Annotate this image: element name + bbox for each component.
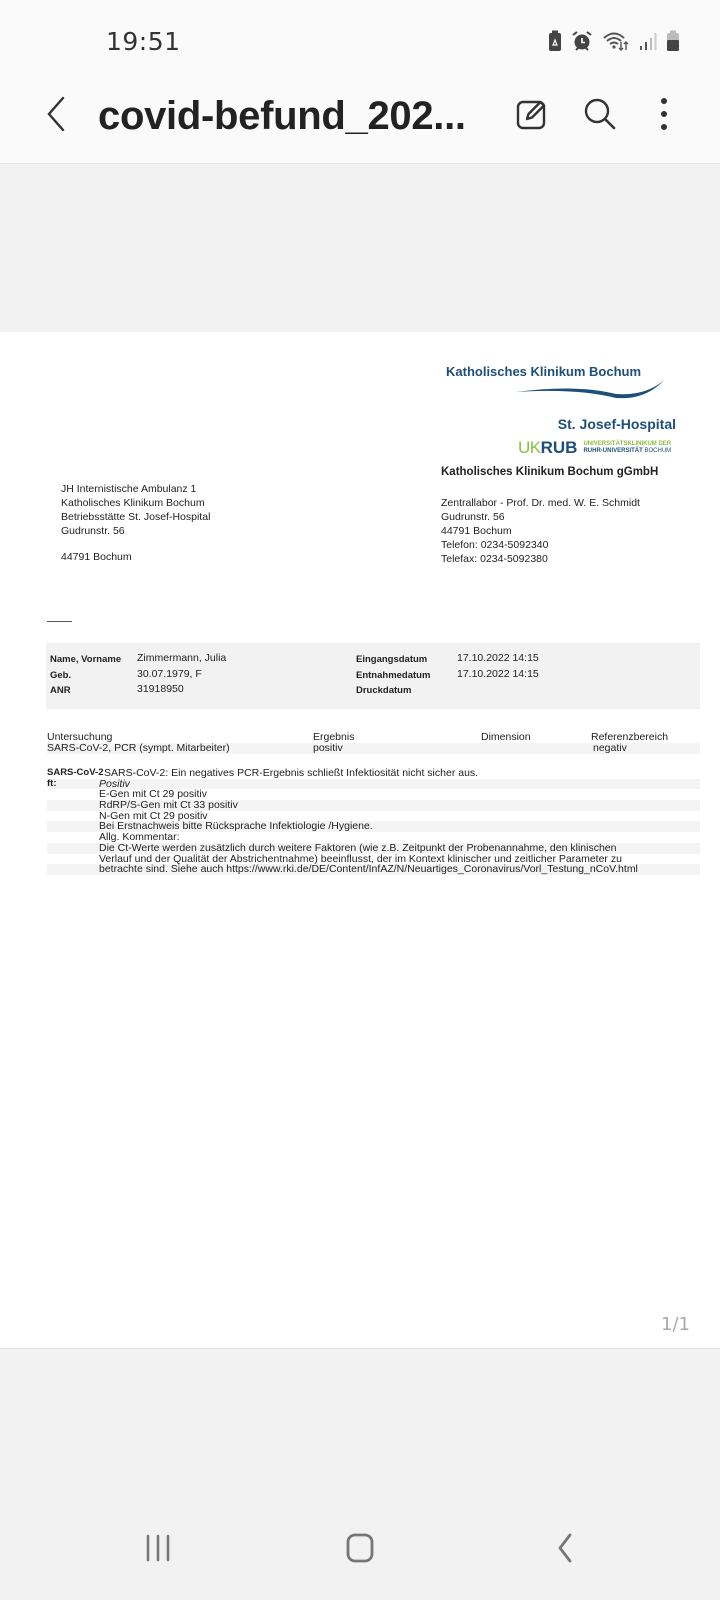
lab-company: Katholisches Klinikum Bochum gGmbH — [441, 465, 658, 479]
logo-ukrub: UK RUB UNIVERSITÄTSKLINIKUM DER RUHR-UNI… — [518, 438, 671, 458]
lab-address: Katholisches Klinikum Bochum gGmbH Zentr… — [441, 465, 658, 566]
name-label: Name, Vorname — [50, 654, 121, 665]
back-icon — [46, 96, 66, 137]
test-reference: negativ — [593, 743, 627, 754]
pdf-page[interactable]: Katholisches Klinikum Bochum St. Josef-H… — [0, 332, 720, 1348]
back-icon — [555, 1532, 575, 1569]
status-icons — [548, 30, 680, 52]
received-date: 17.10.2022 14:15 — [457, 652, 539, 664]
printed-label: Druckdatum — [356, 685, 411, 696]
anr-label: ANR — [50, 685, 71, 696]
battery-icon — [666, 30, 680, 52]
table-row: SARS-CoV-2, PCR (sympt. Mitarbeiter) pos… — [47, 743, 700, 754]
status-time: 19:51 — [106, 27, 181, 56]
search-icon — [583, 97, 617, 136]
system-back-button[interactable] — [535, 1530, 595, 1570]
signal-icon — [639, 30, 657, 52]
logo-uk: UK — [518, 438, 541, 458]
more-options-button[interactable] — [642, 94, 686, 138]
back-button[interactable] — [38, 96, 74, 136]
test-result: positiv — [313, 743, 343, 754]
recipient-address: JH Internistische Ambulanz 1 Katholische… — [61, 482, 210, 564]
battery-saver-icon — [548, 30, 562, 52]
divider — [47, 621, 72, 622]
recents-button[interactable] — [128, 1530, 188, 1570]
wifi-icon — [602, 30, 630, 52]
recents-icon — [144, 1533, 172, 1568]
home-icon — [345, 1532, 375, 1569]
sampled-label: Entnahmedatum — [356, 670, 430, 681]
logo-swoosh-icon — [516, 378, 666, 403]
search-button[interactable] — [578, 94, 622, 138]
received-label: Eingangsdatum — [356, 654, 427, 665]
patient-name: Zimmermann, Julia — [137, 652, 226, 664]
logo-rub-subtitle: UNIVERSITÄTSKLINIKUM DER RUHR-UNIVERSITÄ… — [583, 441, 671, 455]
patient-dob: 30.07.1979, F — [137, 668, 202, 680]
home-button[interactable] — [330, 1530, 390, 1570]
patient-anr: 31918950 — [137, 683, 184, 695]
viewer-background-bottom — [0, 1348, 720, 1478]
dob-label: Geb. — [50, 670, 71, 681]
results-table: Untersuchung Ergebnis Dimension Referenz… — [47, 732, 700, 754]
logo-hospital-name: St. Josef-Hospital — [558, 416, 676, 432]
test-name: SARS-CoV-2, PCR (sympt. Mitarbeiter) — [47, 743, 230, 754]
edit-button[interactable] — [510, 94, 554, 138]
logo-rub: RUB — [541, 438, 578, 458]
app-bar: covid-befund_202... — [0, 80, 720, 164]
patient-info-box: Name, Vorname Zimmermann, Julia Geb. 30.… — [46, 643, 700, 709]
status-bar: 19:51 — [0, 0, 720, 80]
sampled-date: 17.10.2022 14:15 — [457, 668, 539, 680]
alarm-icon — [571, 30, 593, 52]
result-comment: SARS-CoV-2 SARS-CoV-2: Ein negatives PCR… — [47, 768, 700, 875]
more-icon — [659, 97, 669, 136]
system-nav-bar — [0, 1478, 720, 1600]
logo-org-name: Katholisches Klinikum Bochum — [446, 364, 641, 379]
hospital-logo: Katholisches Klinikum Bochum St. Josef-H… — [436, 358, 676, 468]
viewer-background — [0, 165, 720, 332]
page-indicator: 1/1 — [661, 1314, 690, 1335]
document-title: covid-befund_202... — [98, 94, 466, 139]
edit-icon — [515, 97, 549, 136]
